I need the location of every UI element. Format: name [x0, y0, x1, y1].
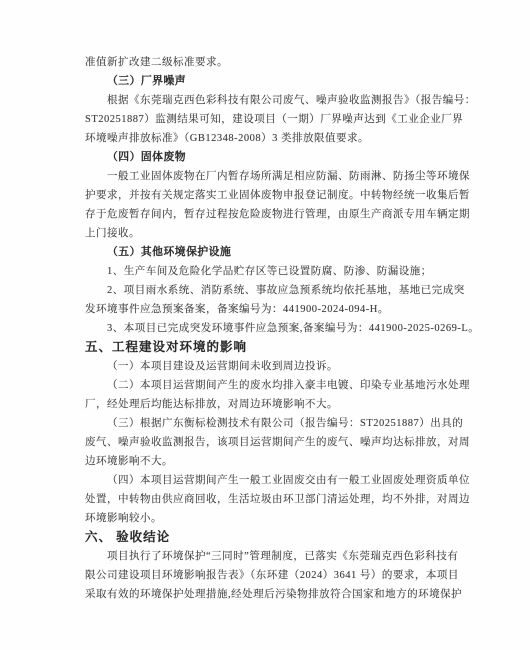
doc-line: 厂，经处理后均能达标排放，对周边环境影响不大。: [85, 395, 470, 414]
doc-line: 废气、噪声验收监测报告，该项目运营期间产生的废气、噪声均达标排放，对周: [85, 433, 470, 452]
subsection-heading-solid-waste: （四）固体废物: [85, 148, 470, 167]
section-heading-environment-impact: 五、工程建设对环境的影响: [85, 338, 470, 357]
doc-line: （三）根据广东衡标检测技术有限公司（报告编号：ST20251887）出具的: [85, 414, 470, 433]
doc-line: 存于危废暂存间内，暂存过程按危险废物进行管理，由原生产商派专用车辆定期: [85, 205, 470, 224]
doc-line: （四）本项目运营期间产生一般工业固废交由有一般工业固废处理资质单位: [85, 471, 470, 490]
doc-line: 项目执行了环境保护“三同时”管理制度，已落实《东莞瑞克西色彩科技有: [85, 547, 470, 566]
doc-line: 采取有效的环境保护处理措施,经处理后污染物排放符合国家和地方的环境保护: [85, 585, 470, 604]
doc-line: 准值新扩改建二级标准要求。: [85, 53, 470, 72]
subsection-heading-factory-noise: （三）厂界噪声: [85, 72, 470, 91]
doc-line: ST20251887）监测结果可知，建设项目（一期）厂界噪声达到《工业企业厂界: [85, 110, 470, 129]
doc-line: 环境噪声排放标准》（GB12348-2008）3 类排放限值要求。: [85, 129, 470, 148]
doc-line: 1、生产车间及危险化学品贮存区等已设置防腐、防渗、防漏设施；: [85, 262, 470, 281]
doc-line: （一）本项目建设及运营期间未收到周边投诉。: [85, 357, 470, 376]
doc-line: 3、本项目已完成突发环境事件应急预案,备案编号为：441900-2025-026…: [85, 319, 470, 338]
section-heading-acceptance-conclusion: 六、 验收结论: [85, 528, 470, 547]
doc-line: 一般工业固体废物在厂内暂存场所满足相应防漏、防雨淋、防扬尘等环境保: [85, 167, 470, 186]
doc-line: 根据《东莞瑞克西色彩科技有限公司废气、噪声验收监测报告》（报告编号：: [85, 91, 470, 110]
doc-line: 限公司建设项目环境影响报告表》（东环建（2024）3641 号）的要求，本项目: [85, 566, 470, 585]
doc-line: 护要求，并按有关规定落实工业固体废物申报登记制度。中转物经统一收集后暂: [85, 186, 470, 205]
doc-line: 处置，中转物由供应商回收，生活垃圾由环卫部门清运处理，均不外排，对周边: [85, 490, 470, 509]
doc-line: 上门接收。: [85, 224, 470, 243]
doc-line: （二）本项目运营期间产生的废水均排入豪丰电镀、印染专业基地污水处理: [85, 376, 470, 395]
document-page: 准值新扩改建二级标准要求。 （三）厂界噪声 根据《东莞瑞克西色彩科技有限公司废气…: [0, 0, 530, 650]
doc-line: 环境影响较小。: [85, 509, 470, 528]
doc-line: 发环境事件应急预案备案，备案编号为：441900-2024-094-H。: [85, 300, 470, 319]
subsection-heading-other-facilities: （五）其他环境保护设施: [85, 243, 470, 262]
doc-line: 2、项目雨水系统、消防系统、事故应急预系统均依托基地，基地已完成突: [85, 281, 470, 300]
doc-line: 边环境影响不大。: [85, 452, 470, 471]
